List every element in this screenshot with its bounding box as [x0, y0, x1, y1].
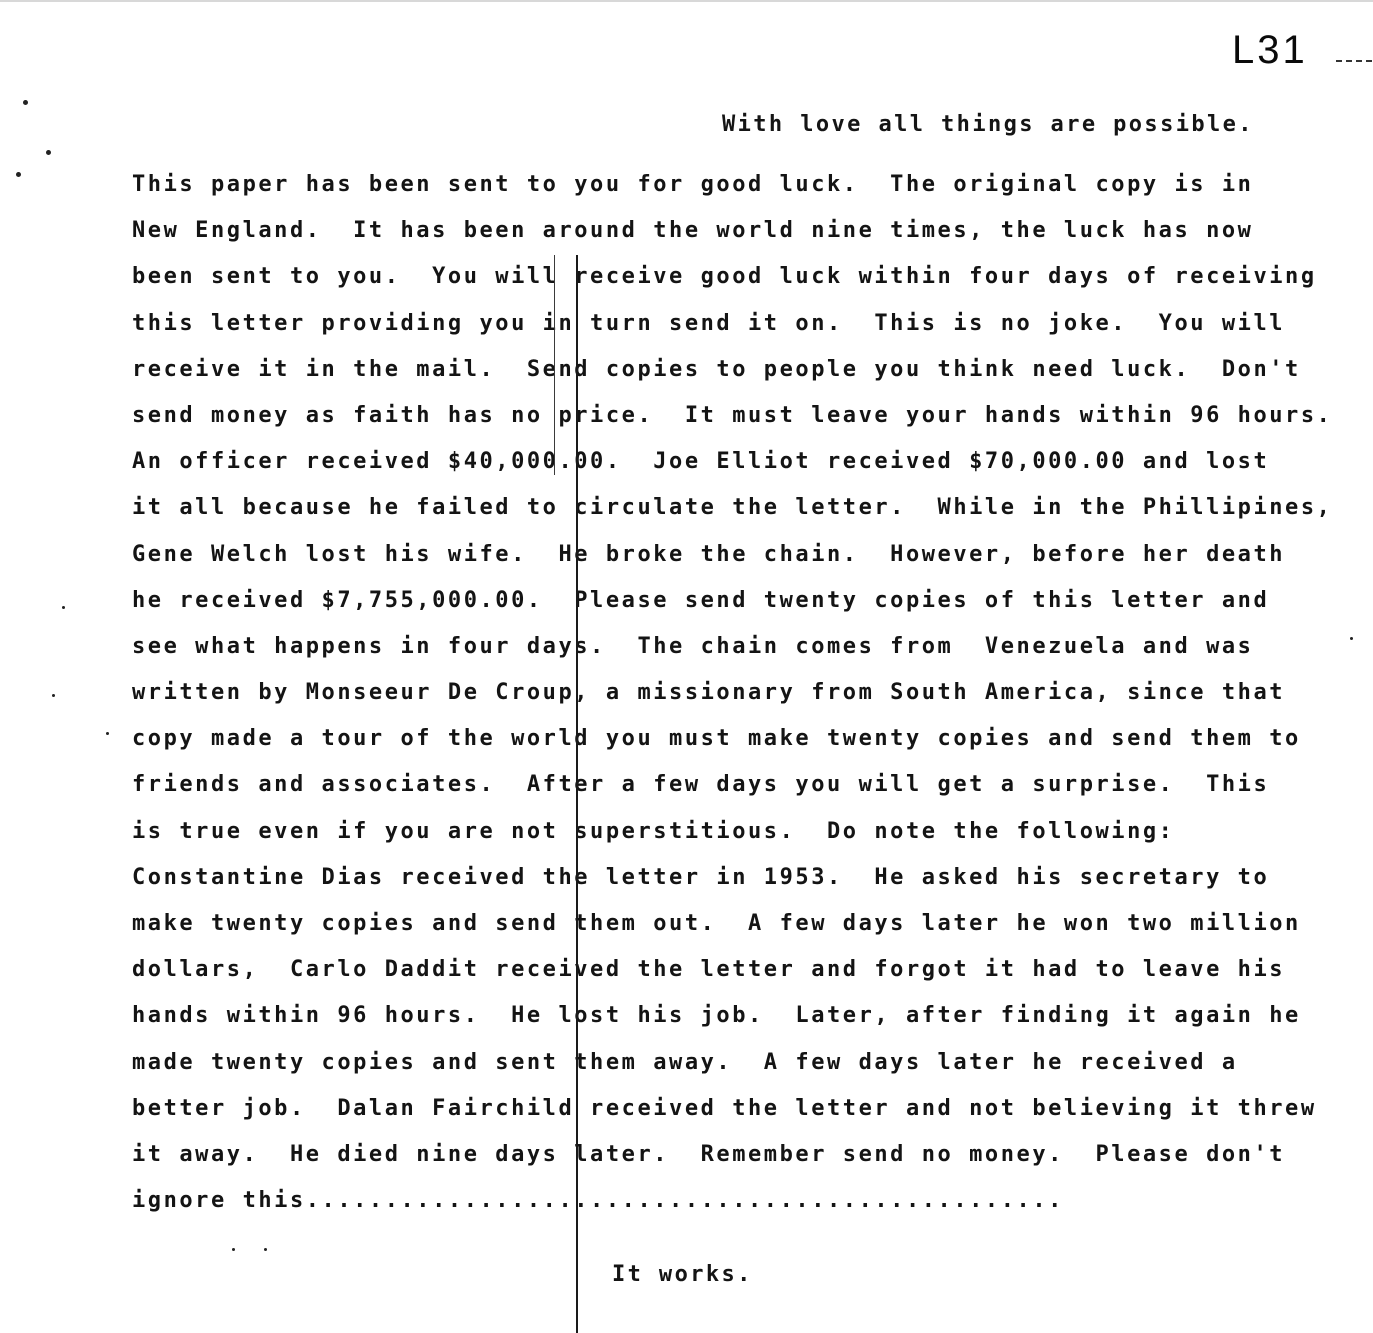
body-line: friends and associates. After a few days…: [132, 762, 1362, 808]
body-line: is true even if you are not superstitiou…: [132, 809, 1362, 855]
scanned-letter-page: L31 With love all things are possible. T…: [0, 0, 1373, 1333]
letter-heading: With love all things are possible.: [722, 112, 1254, 137]
page-code-underline: [1336, 60, 1372, 62]
page-code: L31: [1232, 28, 1308, 73]
body-line: Constantine Dias received the letter in …: [132, 855, 1362, 901]
body-line: better job. Dalan Fairchild received the…: [132, 1086, 1362, 1132]
scan-edge-line: [0, 0, 1373, 2]
scan-speck: [46, 150, 51, 155]
body-line: receive it in the mail. Send copies to p…: [132, 347, 1362, 393]
body-line: it all because he failed to circulate th…: [132, 485, 1362, 531]
letter-body: This paper has been sent to you for good…: [132, 162, 1362, 1224]
body-line: see what happens in four days. The chain…: [132, 624, 1362, 670]
body-line: ignore this.............................…: [132, 1178, 1362, 1224]
body-line: An officer received $40,000.00. Joe Elli…: [132, 439, 1362, 485]
scan-speck: [16, 172, 21, 177]
body-line: it away. He died nine days later. Rememb…: [132, 1132, 1362, 1178]
scan-speck: [62, 606, 65, 609]
body-line: Gene Welch lost his wife. He broke the c…: [132, 532, 1362, 578]
body-line: dollars, Carlo Daddit received the lette…: [132, 947, 1362, 993]
body-line: This paper has been sent to you for good…: [132, 162, 1362, 208]
body-line: made twenty copies and sent them away. A…: [132, 1040, 1362, 1086]
body-line: New England. It has been around the worl…: [132, 208, 1362, 254]
body-line: he received $7,755,000.00. Please send t…: [132, 578, 1362, 624]
body-line: hands within 96 hours. He lost his job. …: [132, 993, 1362, 1039]
body-line: copy made a tour of the world you must m…: [132, 716, 1362, 762]
copy-crease-line: [576, 255, 578, 1333]
body-line: send money as faith has no price. It mus…: [132, 393, 1362, 439]
body-line: been sent to you. You will receive good …: [132, 254, 1362, 300]
scan-speck: [232, 1248, 235, 1251]
body-line: this letter providing you in turn send i…: [132, 301, 1362, 347]
body-line: written by Monseeur De Croup, a missiona…: [132, 670, 1362, 716]
body-line: make twenty copies and send them out. A …: [132, 901, 1362, 947]
scan-speck: [23, 100, 28, 105]
scan-speck: [1350, 637, 1353, 640]
scan-speck: [106, 732, 109, 735]
copy-crease-line-faint: [554, 255, 555, 475]
letter-signoff: It works.: [612, 1262, 753, 1287]
scan-speck: [52, 694, 55, 697]
scan-speck: [264, 1248, 267, 1251]
